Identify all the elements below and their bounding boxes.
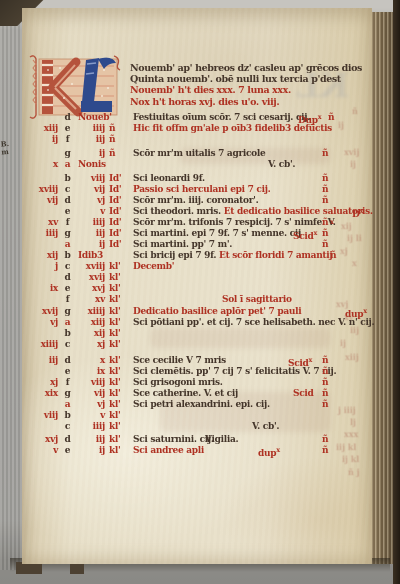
lesson-mark: ñ (330, 251, 336, 261)
day-number: viij (76, 378, 105, 388)
feast-text: Sce cecilie V 7 mris (133, 356, 226, 366)
rank-mark: dupx (258, 446, 280, 459)
feast-entry: Sci grisogoni mris. (133, 378, 223, 388)
bleedthrough-text: iij (350, 325, 359, 335)
mid-note: Sol ī sagittario (222, 295, 292, 305)
day-number: xvij (76, 273, 105, 283)
calendar-row: xiiijcxjkl' (0, 340, 372, 351)
feast-entry: Sce cecilie V 7 mris (133, 356, 226, 366)
calendar-row: evId'Sci theodori. mris. Et dedicatio ba… (0, 207, 372, 218)
calendar-row: xjfviijkl'Sci grisogoni mris.ñ (0, 378, 372, 389)
lesson-mark: ñ (322, 389, 328, 399)
feast-text: Sci andree apli (133, 446, 204, 456)
bleedthrough-text: j iiij (338, 405, 356, 415)
day-number: ij (76, 149, 105, 159)
feast-entry: Sci clemētis. pp' 7 cij 7 s' felicitatis… (133, 367, 336, 377)
calendar-row: ixexvjkl' (0, 284, 372, 295)
dominical-letter: a (61, 318, 74, 328)
day-suffix: Id' (109, 218, 121, 228)
bleedthrough-text: ij (338, 120, 344, 130)
golden-number: iiij (24, 229, 58, 239)
golden-number: j (24, 262, 58, 272)
day-suffix: kl' (109, 378, 121, 388)
calendar-row: fxvkl'Sol ī sagittario (0, 295, 372, 306)
golden-number: xvij (24, 307, 58, 317)
feast-text: Dedicatio basilice aplōr pet' 7 pauli (133, 307, 301, 317)
feast-entry: Sci martini. epi 7 9f. 7 s' menne. cij (133, 229, 301, 239)
dominical-letter: g (61, 389, 74, 399)
golden-number: xij (24, 251, 58, 261)
calendar-row: xvijgxiiijkl'Dedicatio basilice aplōr pe… (0, 307, 372, 318)
calendar-row: aijId'Sci martini. pp' 7 m'.ñ (0, 240, 372, 251)
bleedthrough-text: iij kl (336, 442, 356, 452)
golden-number: xiij (24, 124, 58, 134)
feast-entry: Sci martini. pp' 7 m'. (133, 240, 232, 250)
dominical-letter: g (61, 149, 74, 159)
lesson-mark: ñ (322, 149, 328, 159)
feast-entry: Scōr mr'm uitalis 7 agricole (133, 149, 265, 159)
lesson-mark: ñ (328, 113, 334, 123)
calendar-row: veijkl'Sci andree aplidupxñ (0, 446, 372, 457)
dominical-letter: a (61, 400, 74, 410)
day-number: xiij (76, 318, 105, 328)
golden-number: vij (24, 196, 58, 206)
day-number: xviij (76, 262, 105, 272)
feast-text: Sci theodori. mris. (133, 207, 224, 217)
day-number: xij (76, 329, 105, 339)
lesson-mark: ñ (322, 240, 328, 250)
day-label: Noueb' (78, 113, 112, 123)
bleedthrough-text: xj (340, 246, 348, 256)
feast-entry: Sci saturnini. cij. (133, 435, 214, 445)
day-number: ij (76, 240, 105, 250)
feast-entry: Sci petri alexandrini. epi. cij. (133, 400, 270, 410)
feast-text: Sci martini. epi 7 9f. 7 s' menne. cij (133, 229, 301, 239)
day-number: ix (76, 367, 105, 377)
day-suffix: Id' (109, 207, 121, 217)
dominical-letter: e (61, 367, 74, 377)
dominical-letter: c (61, 262, 74, 272)
feast-text: Sce catherine. V. et cij (133, 389, 238, 399)
calendar-row: iiijgiijId'Sci martini. epi 7 9f. 7 s' m… (0, 229, 372, 240)
dominical-letter: g (61, 229, 74, 239)
day-suffix: Id' (109, 229, 121, 239)
day-suffix: kl' (109, 340, 121, 350)
header-line: Quinta nouemb'. obē nulli lux tercia p'd… (130, 74, 341, 85)
dominical-letter: a (61, 160, 74, 170)
day-suffix: kl' (109, 446, 121, 456)
rank-superscript: x (330, 218, 334, 226)
day-number: viij (76, 174, 105, 184)
feast-entry: Dedicatio basilice aplōr pet' 7 pauli (133, 307, 301, 317)
golden-number: xix (24, 389, 58, 399)
calendar-row: vijdvjId'Scōr mr'm. iiij. coronator'.ñ (0, 196, 372, 207)
lesson-mark: ñ (322, 378, 328, 388)
lesson-mark: ñ (322, 435, 328, 445)
lesson-mark: ñ (322, 196, 328, 206)
day-number: iiij (76, 218, 105, 228)
header-line: Nox h't horas xvj. dies u'o. viij. (130, 97, 279, 108)
day-suffix: Id' (109, 185, 121, 195)
day-number: xv (76, 295, 105, 305)
feast-entry: Passio sci herculani epi 7 cij. (133, 185, 270, 195)
feast-entry: Hic fit offm gn'ale p oīb3 fidelib3 defū… (133, 124, 332, 134)
dominical-letter: f (61, 218, 74, 228)
feast-text: Sci leonardi 9f. (133, 174, 205, 184)
dominical-letter: d (61, 435, 74, 445)
rank-superscript: x (318, 113, 322, 121)
feast-text: Scōr mr'm. iiij. coronator'. (133, 196, 258, 206)
golden-number: x (24, 160, 58, 170)
calendar-row: xviijcvijId'Passio sci herculani epi 7 c… (0, 185, 372, 196)
feast-text: Et dedicatio basilice saluatoris. (224, 207, 373, 217)
bleedthrough-text: xvj (336, 299, 348, 309)
feast-entry: Sci theodori. mris. Et dedicatio basilic… (133, 207, 373, 217)
bleedthrough-text: xv (344, 312, 353, 322)
bleedthrough-text: ij (340, 338, 346, 348)
bleedthrough-text: lj (350, 417, 356, 427)
day-number: iiij (76, 124, 105, 134)
bleedthrough-text: xiij (345, 352, 359, 362)
golden-number: xvj (24, 435, 58, 445)
mid-note: V. cb'. (252, 422, 279, 432)
back-cover-edge (393, 0, 400, 584)
day-number: vij (76, 185, 105, 195)
golden-number: xj (24, 378, 58, 388)
rank-superscript: x (314, 229, 318, 237)
lesson-mark: ñ (322, 174, 328, 184)
day-number: iij (76, 229, 105, 239)
golden-number: ix (24, 284, 58, 294)
dominical-letter: c (61, 422, 74, 432)
rank-superscript: x (309, 356, 313, 364)
rank-superscript: x (363, 307, 367, 315)
dominical-letter: b (61, 174, 74, 184)
dominical-letter: e (61, 207, 74, 217)
calendar-row: jcxviijkl'Decemb' (0, 262, 372, 273)
lesson-mark: ñ (322, 229, 328, 239)
day-number: x (76, 356, 105, 366)
golden-number: xv (24, 218, 58, 228)
calendar-row: xijbIdib3Sci bricij epi 7 9f. Et scōr fl… (0, 251, 372, 262)
feast-text: Sci clemētis. pp' 7 cij 7 s' felicitatis… (133, 367, 336, 377)
header-line: Nouemb' h't dies xxx. 7 luna xxx. (130, 85, 291, 96)
feast-text: Sci bricij epi 7 9f. (133, 251, 219, 261)
dominical-letter: g (61, 307, 74, 317)
calendar-row: avjkl'Sci petri alexandrini. epi. cij.ñ (0, 400, 372, 411)
dominical-letter: d (61, 196, 74, 206)
dominical-letter: e (61, 446, 74, 456)
calendar-row: xvfiiijId'Scōr mr'm. trifonis 7 respicij… (0, 218, 372, 229)
day-number: ij (76, 446, 105, 456)
dominical-letter: b (61, 251, 74, 261)
bleedthrough-text: ñ j (348, 467, 360, 477)
day-suffix: Id' (109, 174, 121, 184)
day-suffix: ñ (109, 149, 115, 159)
lesson-mark: ñ (322, 356, 328, 366)
day-number: v (76, 207, 105, 217)
mid-note: V. cb'. (268, 160, 295, 170)
golden-number: xiiij (24, 340, 58, 350)
golden-number: v (24, 446, 58, 456)
day-number: iij (76, 135, 105, 145)
day-suffix: kl' (109, 273, 121, 283)
feast-entry: Scōr mr'm. iiij. coronator'. (133, 196, 258, 206)
manuscript-photo: B. m KL (0, 0, 400, 584)
day-number: xj (76, 340, 105, 350)
day-number: vj (76, 400, 105, 410)
feast-entry: Sci pōtiani pp'. et cij. 7 sce helisabet… (133, 318, 374, 328)
bleedthrough-text: ij kl (342, 454, 359, 464)
dominical-letter: e (61, 124, 74, 134)
day-suffix: kl' (109, 318, 121, 328)
feast-entry: Sci andree apli (133, 446, 204, 456)
fore-edge-pages (371, 12, 394, 564)
dominical-letter: c (61, 340, 74, 350)
day-number: xiiij (76, 307, 105, 317)
bleedthrough-text: xij (341, 221, 352, 231)
feast-text: Sci petri alexandrini. epi. cij. (133, 400, 270, 410)
day-label: Nonis (78, 160, 106, 170)
feast-text: Sci saturnini. cij. (133, 435, 214, 445)
day-suffix: kl' (109, 284, 121, 294)
lesson-mark: ñ (322, 185, 328, 195)
feast-entry: Decemb' (133, 262, 174, 272)
day-suffix: kl' (109, 356, 121, 366)
day-suffix: kl' (109, 389, 121, 399)
dominical-letter: d (61, 273, 74, 283)
mid-note: Vigilia. (205, 435, 238, 445)
calendar-row: xiijeiiijñHic fit offm gn'ale p oīb3 fid… (0, 124, 372, 135)
calendar-row: iijdxkl'Sce cecilie V 7 mrisScidxñ (0, 356, 372, 367)
dominical-letter: b (61, 329, 74, 339)
feast-text: Et scōr floridi 7 amantij (219, 251, 332, 261)
day-label: Idib3 (78, 251, 103, 261)
feast-entry: Festiuitas oīum scōr. 7 sci cesarij. cij… (133, 113, 310, 123)
calendar-row: vjaxiijkl'Sci pōtiani pp'. et cij. 7 sce… (0, 318, 372, 329)
bleedthrough-text: xxx (344, 429, 358, 439)
feast-text: Decemb' (133, 262, 174, 272)
day-suffix: kl' (109, 307, 121, 317)
golden-number: iij (24, 356, 58, 366)
feast-text: Scōr mr'm uitalis 7 agricole (133, 149, 265, 159)
calendar-row: xixgvijkl'Sce catherine. V. et cijScidñ (0, 389, 372, 400)
day-suffix: kl' (109, 411, 121, 421)
dominical-letter: a (61, 240, 74, 250)
feast-entry: Sci bricij epi 7 9f. Et scōr floridi 7 a… (133, 251, 332, 261)
day-suffix: kl' (109, 329, 121, 339)
golden-number: xviij (24, 185, 58, 195)
lesson-mark: ñ (322, 400, 328, 410)
bleedthrough-text: xvij (344, 147, 359, 157)
feast-text: Passio sci herculani epi 7 cij. (133, 185, 270, 195)
calendar-row: viijbvkl' (0, 411, 372, 422)
rank-superscript: x (360, 207, 364, 215)
calendar-row: xaNonisV. cb'. (0, 160, 372, 171)
day-suffix: kl' (109, 422, 121, 432)
day-number: v (76, 411, 105, 421)
day-number: vij (76, 389, 105, 399)
feast-entry: Sce catherine. V. et cij (133, 389, 238, 399)
page-edges-texture (371, 12, 394, 564)
day-number: iiij (76, 422, 105, 432)
feast-entry: Sci leonardi 9f. (133, 174, 205, 184)
day-suffix: kl' (109, 262, 121, 272)
calendar-row: eixkl'Sci clemētis. pp' 7 cij 7 s' felic… (0, 367, 372, 378)
dominical-letter: d (61, 356, 74, 366)
dominical-letter: e (61, 284, 74, 294)
day-suffix: Id' (109, 196, 121, 206)
calendar-row: dNoueb'Festiuitas oīum scōr. 7 sci cesar… (0, 113, 372, 124)
day-suffix: ñ (109, 135, 115, 145)
day-suffix: kl' (109, 400, 121, 410)
calendar-row: bxijkl' (0, 329, 372, 340)
dominical-letter: d (61, 113, 74, 123)
feast-text: Festiuitas oīum scōr. 7 sci cesarij. cij… (133, 113, 310, 123)
rank-mark: Scid (293, 389, 314, 399)
calendar-row: ijfiijñ (0, 135, 372, 146)
dominical-letter: f (61, 295, 74, 305)
feast-text: Sci grisogoni mris. (133, 378, 223, 388)
dominical-letter: c (61, 185, 74, 195)
golden-number: vj (24, 318, 58, 328)
calendar-row: dxvijkl' (0, 273, 372, 284)
feast-text: Sci pōtiani pp'. et cij. 7 sce helisabet… (133, 318, 374, 328)
day-suffix: kl' (109, 295, 121, 305)
day-suffix: Id' (109, 240, 121, 250)
feast-text: Scōr mr'm. trifonis 7 respicij. 7 s' nim… (133, 218, 336, 228)
initial-kl-art (26, 54, 124, 120)
lesson-mark: ñ (322, 367, 328, 377)
day-number: vj (76, 196, 105, 206)
calendar-row: gijñScōr mr'm uitalis 7 agricoleñ (0, 149, 372, 160)
feast-text: Hic fit offm gn'ale p oīb3 fidelib3 defū… (133, 124, 332, 134)
header-line: Nouemb' ap' hebreos dz' casleu ap' grēco… (130, 63, 362, 74)
dominical-letter: b (61, 411, 74, 421)
rank-superscript: x (276, 446, 280, 454)
day-suffix: kl' (109, 367, 121, 377)
feast-text: Sci martini. pp' 7 m'. (133, 240, 232, 250)
bleedthrough-text: x (352, 258, 357, 268)
day-suffix: kl' (109, 435, 121, 445)
bleedthrough-text: ij li (347, 233, 362, 243)
calendar-row: bviijId'Sci leonardi 9f.ñ (0, 174, 372, 185)
golden-number: ij (24, 135, 58, 145)
dominical-letter: f (61, 135, 74, 145)
lesson-mark: ñ (322, 218, 328, 228)
lesson-mark: ñ (322, 446, 328, 456)
bleedthrough-text: ij (350, 159, 356, 169)
dominical-letter: f (61, 378, 74, 388)
calendar-row: xvjdiijkl'Sci saturnini. cij.Vigilia.ñ (0, 435, 372, 446)
day-number: xvj (76, 284, 105, 294)
day-number: iij (76, 435, 105, 445)
bleedthrough-text: ñ (352, 106, 358, 116)
calendar-row: ciiijkl'V. cb'. (0, 422, 372, 433)
golden-number: viij (24, 411, 58, 421)
feast-entry: Scōr mr'm. trifonis 7 respicij. 7 s' nim… (133, 218, 336, 228)
day-suffix: ñ (109, 124, 115, 134)
